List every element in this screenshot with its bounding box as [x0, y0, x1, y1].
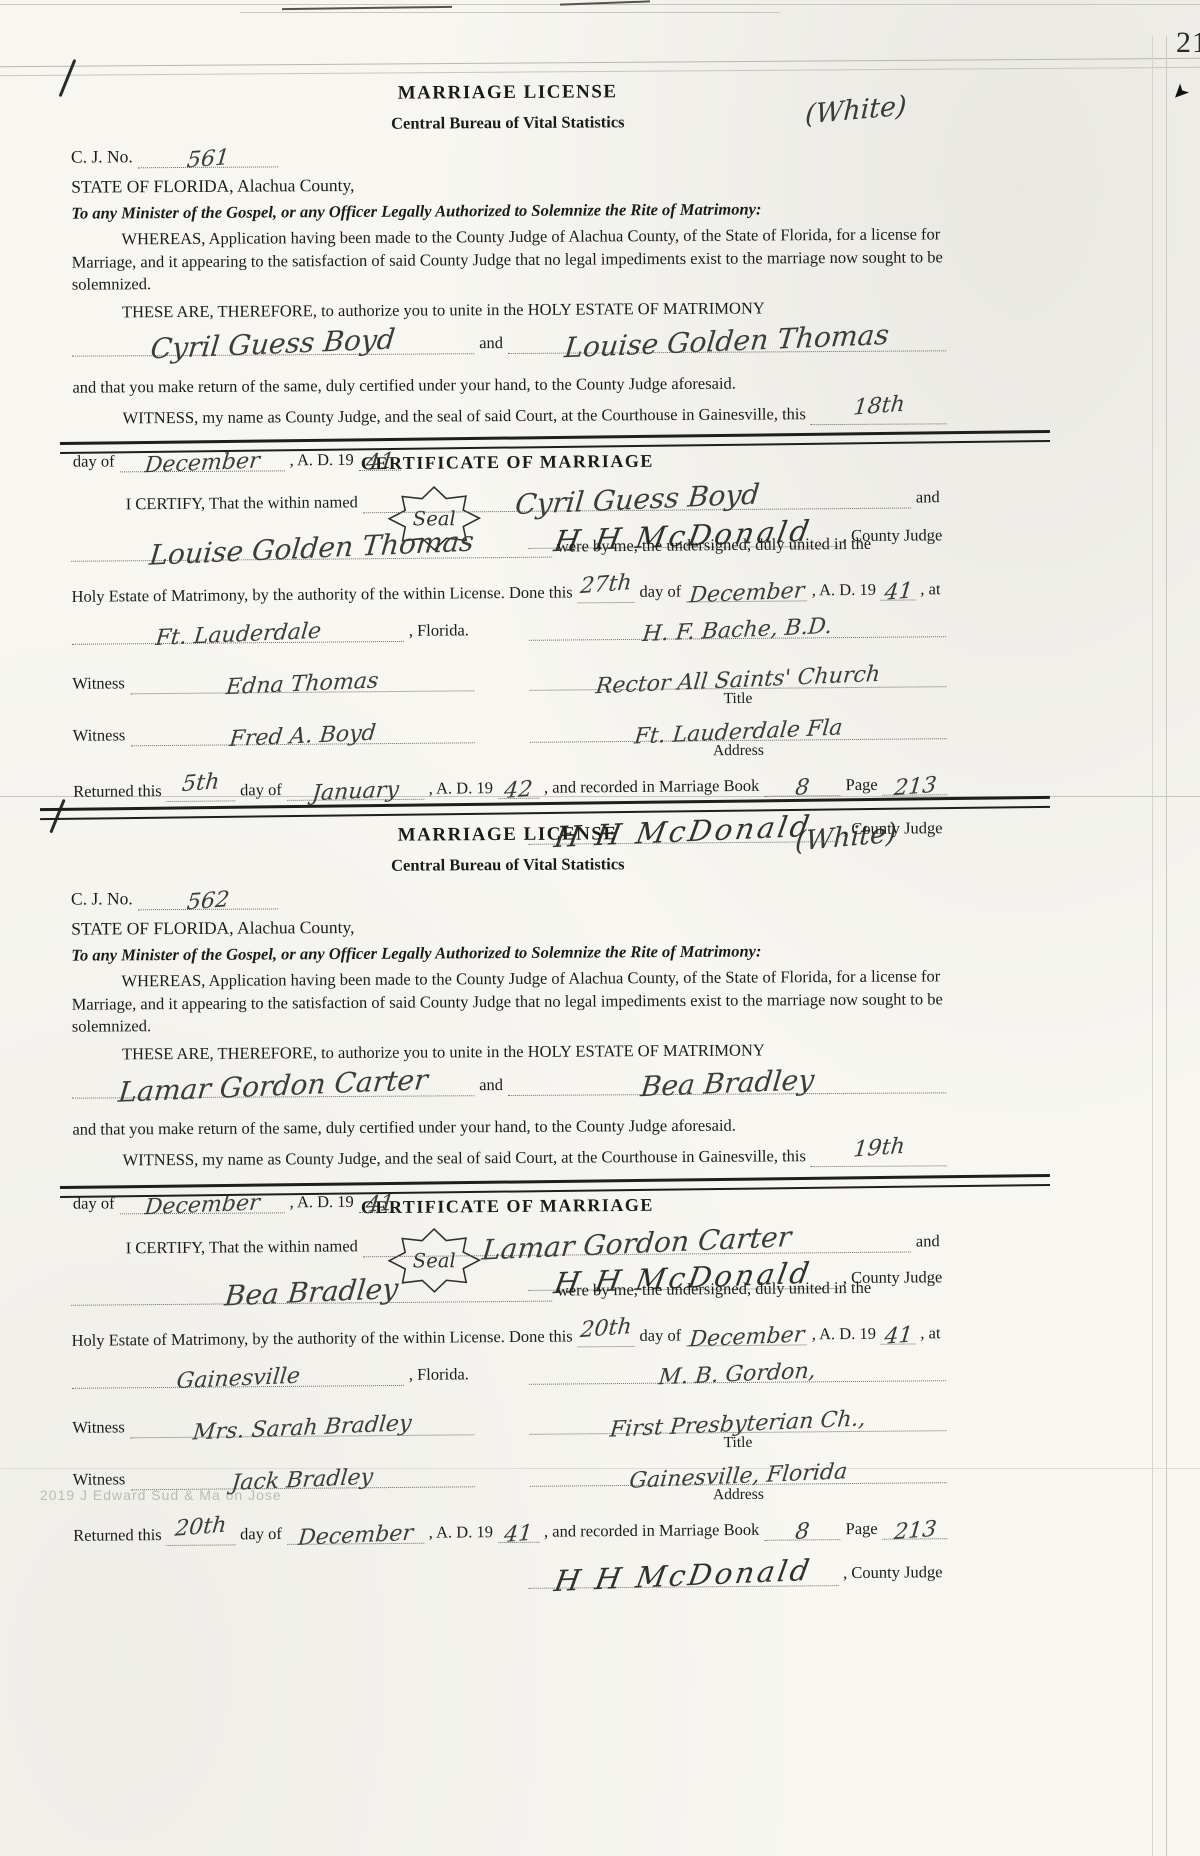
- salutation-line: To any Minister of the Gospel, or any Of…: [71, 941, 945, 966]
- bride-name-line: Bea Bradley: [71, 1273, 552, 1306]
- place-line: Gainesville: [72, 1363, 404, 1389]
- done-day-line: 27th: [578, 580, 635, 603]
- holy-clause: Holy Estate of Matrimony, by the authori…: [71, 581, 577, 608]
- whereas-paragraph: WHEREAS, Application having been made to…: [71, 224, 945, 296]
- book-line: 8: [764, 1517, 840, 1541]
- done-day-line: 20th: [578, 1324, 635, 1347]
- salutation-line: To any Minister of the Gospel, or any Of…: [71, 199, 945, 224]
- holy-clause: Holy Estate of Matrimony, by the authori…: [71, 1325, 577, 1352]
- cj-no-label: C. J. No.: [71, 145, 138, 169]
- bride-name-line: Louise Golden Thomas: [508, 323, 946, 355]
- recorded-label: , and recorded in Marriage Book: [539, 775, 765, 799]
- cj-no-value: 562: [138, 886, 278, 910]
- ad-label: , A. D. 19: [424, 1521, 498, 1544]
- and-label: and: [911, 486, 945, 509]
- scan-streak: [282, 6, 452, 10]
- and-label: and: [474, 1074, 508, 1096]
- certify-label: I CERTIFY, That the within named: [71, 491, 363, 516]
- and-label: and: [474, 332, 508, 354]
- at-label: , at: [915, 1322, 945, 1345]
- returned-year-line: 41: [498, 1520, 539, 1543]
- page-label: Page: [841, 774, 883, 797]
- returned-day-line: 20th: [167, 1523, 236, 1547]
- groom-name-line: Lamar Gordon Carter: [363, 1223, 911, 1257]
- judge-title-label: , County Judge: [838, 1561, 948, 1584]
- state-line: STATE OF FLORIDA, Alachua County,: [71, 170, 945, 199]
- witness-day-line: 18th: [811, 401, 947, 425]
- officiant-signature-line: H. F. Bache, B.D.: [529, 614, 946, 641]
- returned-month-line: January: [287, 777, 424, 801]
- return-clause: and that you make return of the same, du…: [72, 372, 946, 400]
- page-number: 21: [1176, 26, 1200, 60]
- witness-day-line: 19th: [811, 1143, 947, 1167]
- bride-name-line: Bea Bradley: [508, 1065, 946, 1097]
- return-clause: and that you make return of the same, du…: [72, 1114, 946, 1142]
- book-line: 8: [764, 773, 840, 797]
- returned-month-line: December: [287, 1521, 424, 1545]
- judge-signature-line: H H McDonald: [528, 1551, 838, 1589]
- scan-edge-line: [1152, 36, 1153, 1856]
- florida-label: , Florida.: [404, 1364, 474, 1387]
- ad-label: , A. D. 19: [807, 579, 881, 602]
- returned-year-line: 42: [498, 776, 539, 799]
- groom-name-line: Cyril Guess Boyd: [363, 479, 911, 513]
- day-of-label: day of: [235, 1523, 287, 1546]
- returned-label: Returned this: [73, 780, 167, 803]
- scan-streak: [0, 58, 1200, 67]
- at-label: , at: [915, 578, 945, 601]
- certificate-of-marriage-section: CERTIFICATE OF MARRIAGE I CERTIFY, That …: [70, 1192, 947, 1592]
- officiant-signature-line: M. B. Gordon,: [529, 1358, 946, 1385]
- scanned-marriage-record-page: 21 ➤ 2019 J Edward Sud & Ma on Jose (Whi…: [0, 0, 1200, 1856]
- witness-label: Witness: [72, 673, 130, 696]
- witness-label: Witness: [73, 725, 131, 748]
- witness-label: Witness: [73, 1469, 131, 1492]
- page-value-line: 213: [883, 1516, 948, 1540]
- witness1-name-line: Mrs. Sarah Bradley: [130, 1413, 475, 1439]
- certify-label: I CERTIFY, That the within named: [71, 1235, 363, 1260]
- ad-label: , A. D. 19: [807, 1323, 881, 1346]
- authorize-line: THESE ARE, THEREFORE, to authorize you t…: [72, 296, 946, 324]
- license-bureau: Central Bureau of Vital Statistics: [71, 110, 945, 135]
- bride-name-line: Louise Golden Thomas: [71, 529, 552, 562]
- cj-no-value: 561: [138, 144, 278, 168]
- officiant-address-line: Gainesville, Florida: [530, 1460, 947, 1487]
- scan-edge-line: [1166, 36, 1167, 1856]
- license-title: MARRIAGE LICENSE: [71, 821, 945, 848]
- certificate-of-marriage-section: CERTIFICATE OF MARRIAGE I CERTIFY, That …: [70, 448, 947, 848]
- state-line: STATE OF FLORIDA, Alachua County,: [71, 912, 945, 941]
- witness-clause: WITNESS, my name as County Judge, and th…: [73, 1145, 811, 1172]
- united-clause: were by me, the undersigned, duly united…: [552, 1276, 945, 1302]
- florida-label: , Florida.: [404, 620, 474, 643]
- done-month-line: December: [686, 1322, 807, 1346]
- day-of-label: day of: [634, 1324, 686, 1347]
- returned-label: Returned this: [73, 1524, 167, 1547]
- officiant-title-line: Rector All Saints' Church: [529, 664, 946, 691]
- done-month-line: December: [686, 578, 807, 602]
- license-title: MARRIAGE LICENSE: [71, 79, 945, 106]
- done-year-line: 41: [881, 577, 916, 600]
- page-value-line: 213: [883, 772, 948, 796]
- returned-day-line: 5th: [167, 779, 236, 803]
- license-bureau: Central Bureau of Vital Statistics: [71, 852, 945, 877]
- day-of-label: day of: [634, 580, 686, 603]
- groom-name-line: Lamar Gordon Carter: [72, 1068, 474, 1099]
- scan-streak: [240, 12, 780, 13]
- groom-name-line: Cyril Guess Boyd: [72, 326, 474, 357]
- scan-streak: [0, 67, 1200, 76]
- witness1-name-line: Edna Thomas: [130, 669, 475, 695]
- whereas-paragraph: WHEREAS, Application having been made to…: [71, 966, 945, 1038]
- witness-clause: WITNESS, my name as County Judge, and th…: [73, 403, 811, 430]
- cj-no-label: C. J. No.: [71, 887, 138, 911]
- witness2-name-line: Fred A. Boyd: [130, 721, 475, 747]
- officiant-title-line: First Presbyterian Ch.,: [529, 1408, 946, 1435]
- officiant-address-line: Ft. Lauderdale Fla: [530, 716, 947, 743]
- day-of-label: day of: [235, 779, 287, 802]
- united-clause: were by me, the undersigned, duly united…: [552, 532, 945, 558]
- and-label: and: [911, 1230, 945, 1253]
- page-label: Page: [841, 1518, 883, 1541]
- done-year-line: 41: [881, 1321, 916, 1344]
- recorded-label: , and recorded in Marriage Book: [539, 1519, 765, 1543]
- pen-arrow-mark-icon: ➤: [1166, 78, 1196, 108]
- witness2-name-line: Jack Bradley: [130, 1465, 475, 1491]
- place-line: Ft. Lauderdale: [72, 619, 404, 645]
- ad-label: , A. D. 19: [424, 777, 498, 800]
- witness-label: Witness: [72, 1417, 130, 1440]
- authorize-line: THESE ARE, THEREFORE, to authorize you t…: [72, 1038, 946, 1066]
